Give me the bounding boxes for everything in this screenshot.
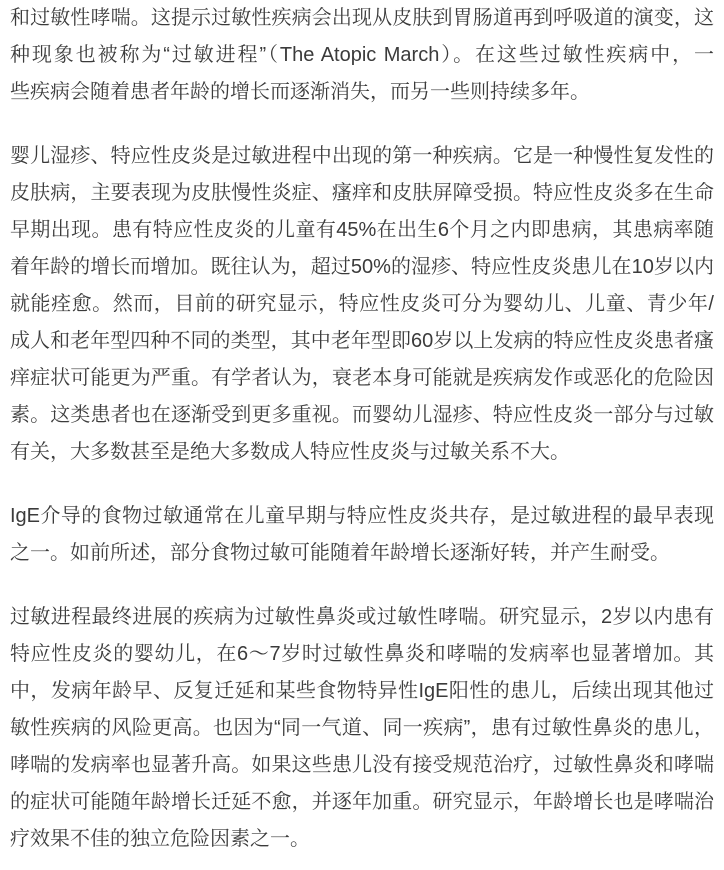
- paragraph: 和过敏性哮喘。这提示过敏性疾病会出现从皮肤到胃肠道再到呼吸道的演变，这种现象也被…: [10, 0, 714, 111]
- article-page: 和过敏性哮喘。这提示过敏性疾病会出现从皮肤到胃肠道再到呼吸道的演变，这种现象也被…: [0, 0, 724, 858]
- text-line: 和过敏性哮喘。这提示过敏性疾病会出现从皮肤到胃肠道再到呼吸道的演变，这: [10, 0, 714, 37]
- paragraph: IgE介导的食物过敏通常在儿童早期与特应性皮炎共存，是过敏进程的最早表现之一。如…: [10, 498, 714, 572]
- text-line: 之一。如前所述，部分食物过敏可能随着年龄增长逐渐好转，并产生耐受。: [10, 535, 714, 572]
- text-line: 的症状可能随年龄增长迁延不愈，并逐年加重。研究显示，年龄增长也是哮喘治: [10, 784, 714, 821]
- text-line: 婴儿湿疹、特应性皮炎是过敏进程中出现的第一种疾病。它是一种慢性复发性的: [10, 138, 714, 175]
- text-line: 着年龄的增长而增加。既往认为，超过50%的湿疹、特应性皮炎患儿在10岁以内: [10, 249, 714, 286]
- text-line: 就能痊愈。然而，目前的研究显示，特应性皮炎可分为婴幼儿、儿童、青少年/: [10, 286, 714, 323]
- text-line: 痒症状可能更为严重。有学者认为，衰老本身可能就是疾病发作或恶化的危险因: [10, 360, 714, 397]
- text-line: 哮喘的发病率也显著升高。如果这些患儿没有接受规范治疗，过敏性鼻炎和哮喘: [10, 747, 714, 784]
- text-line: 敏性疾病的风险更高。也因为“同一气道、同一疾病”，患有过敏性鼻炎的患儿，: [10, 710, 714, 747]
- text-line: 疗效果不佳的独立危险因素之一。: [10, 821, 714, 858]
- text-line: 中，发病年龄早、反复迁延和某些食物特异性IgE阳性的患儿，后续出现其他过: [10, 673, 714, 710]
- text-line: IgE介导的食物过敏通常在儿童早期与特应性皮炎共存，是过敏进程的最早表现: [10, 498, 714, 535]
- text-line: 特应性皮炎的婴幼儿，在6～7岁时过敏性鼻炎和哮喘的发病率也显著增加。其: [10, 636, 714, 673]
- text-line: 皮肤病，主要表现为皮肤慢性炎症、瘙痒和皮肤屏障受损。特应性皮炎多在生命: [10, 175, 714, 212]
- paragraph: 婴儿湿疹、特应性皮炎是过敏进程中出现的第一种疾病。它是一种慢性复发性的皮肤病，主…: [10, 138, 714, 471]
- text-line: 些疾病会随着患者年龄的增长而逐渐消失，而另一些则持续多年。: [10, 74, 714, 111]
- paragraph: 过敏进程最终进展的疾病为过敏性鼻炎或过敏性哮喘。研究显示，2岁以内患有特应性皮炎…: [10, 599, 714, 858]
- text-line: 过敏进程最终进展的疾病为过敏性鼻炎或过敏性哮喘。研究显示，2岁以内患有: [10, 599, 714, 636]
- text-line: 素。这类患者也在逐渐受到更多重视。而婴幼儿湿疹、特应性皮炎一部分与过敏: [10, 397, 714, 434]
- text-line: 早期出现。患有特应性皮炎的儿童有45%在出生6个月之内即患病，其患病率随: [10, 212, 714, 249]
- text-line: 有关，大多数甚至是绝大多数成人特应性皮炎与过敏关系不大。: [10, 434, 714, 471]
- text-line: 成人和老年型四种不同的类型，其中老年型即60岁以上发病的特应性皮炎患者瘙: [10, 323, 714, 360]
- text-line: 种现象也被称为“过敏进程”（The Atopic March）。在这些过敏性疾病…: [10, 37, 714, 74]
